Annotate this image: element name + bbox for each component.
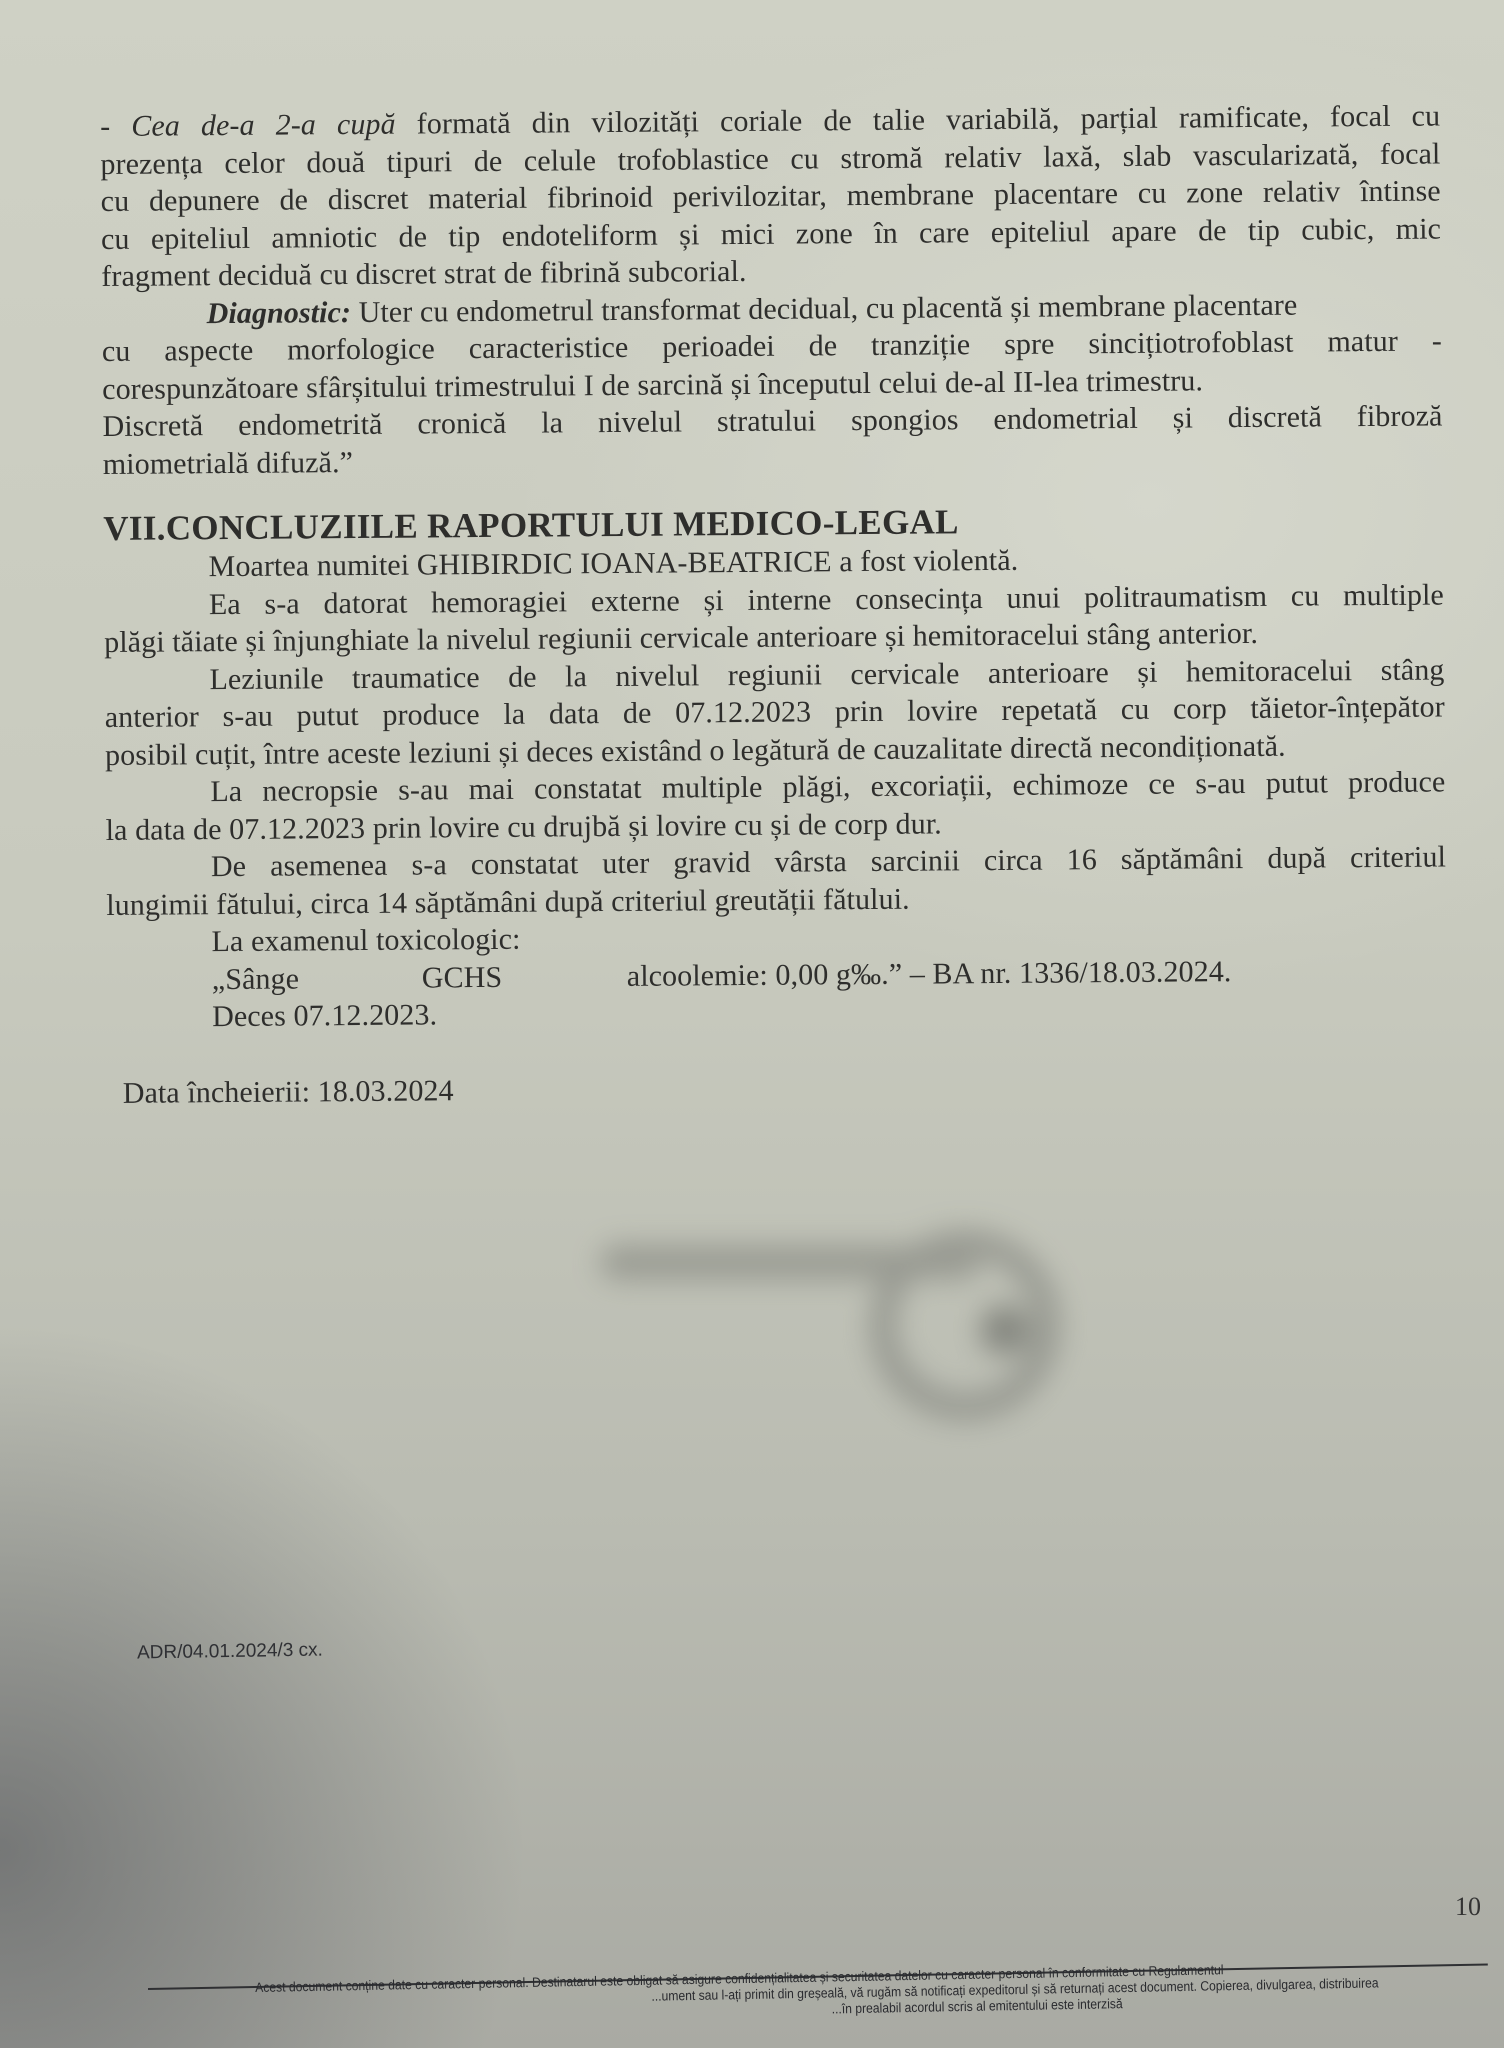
intro-paragraph: - Cea de-a 2-a cupă formată din vilozită… — [100, 97, 1441, 295]
document-body: - Cea de-a 2-a cupă formată din vilozită… — [100, 97, 1448, 1111]
toxicology-value: alcoolemie: 0,00 g‰.” – BA nr. 1336/18.0… — [627, 953, 1232, 995]
diagnostic-label: Diagnostic: — [206, 296, 351, 330]
page-number: 10 — [1455, 1892, 1481, 1922]
conclusions: Moartea numitei GHIBIRDIC IOANA-BEATRICE… — [103, 538, 1447, 1112]
diagnostic-paragraph: Diagnostic: Uter cu endometrul transform… — [101, 285, 1442, 483]
intro-line: formată din vilozități coriale de talie … — [396, 99, 1441, 140]
redacted-signature-stamp — [590, 1195, 1290, 1435]
toxicology-sample: „Sânge — [212, 959, 422, 998]
toxicology-method: GCHS — [422, 957, 627, 996]
reference-code: ADR/04.01.2024/3 cx. — [137, 1640, 323, 1665]
cup-label: - Cea de-a 2-a cupă — [100, 108, 396, 143]
diagnostic-line: Uter cu endometrul transformat decidual,… — [351, 288, 1298, 328]
